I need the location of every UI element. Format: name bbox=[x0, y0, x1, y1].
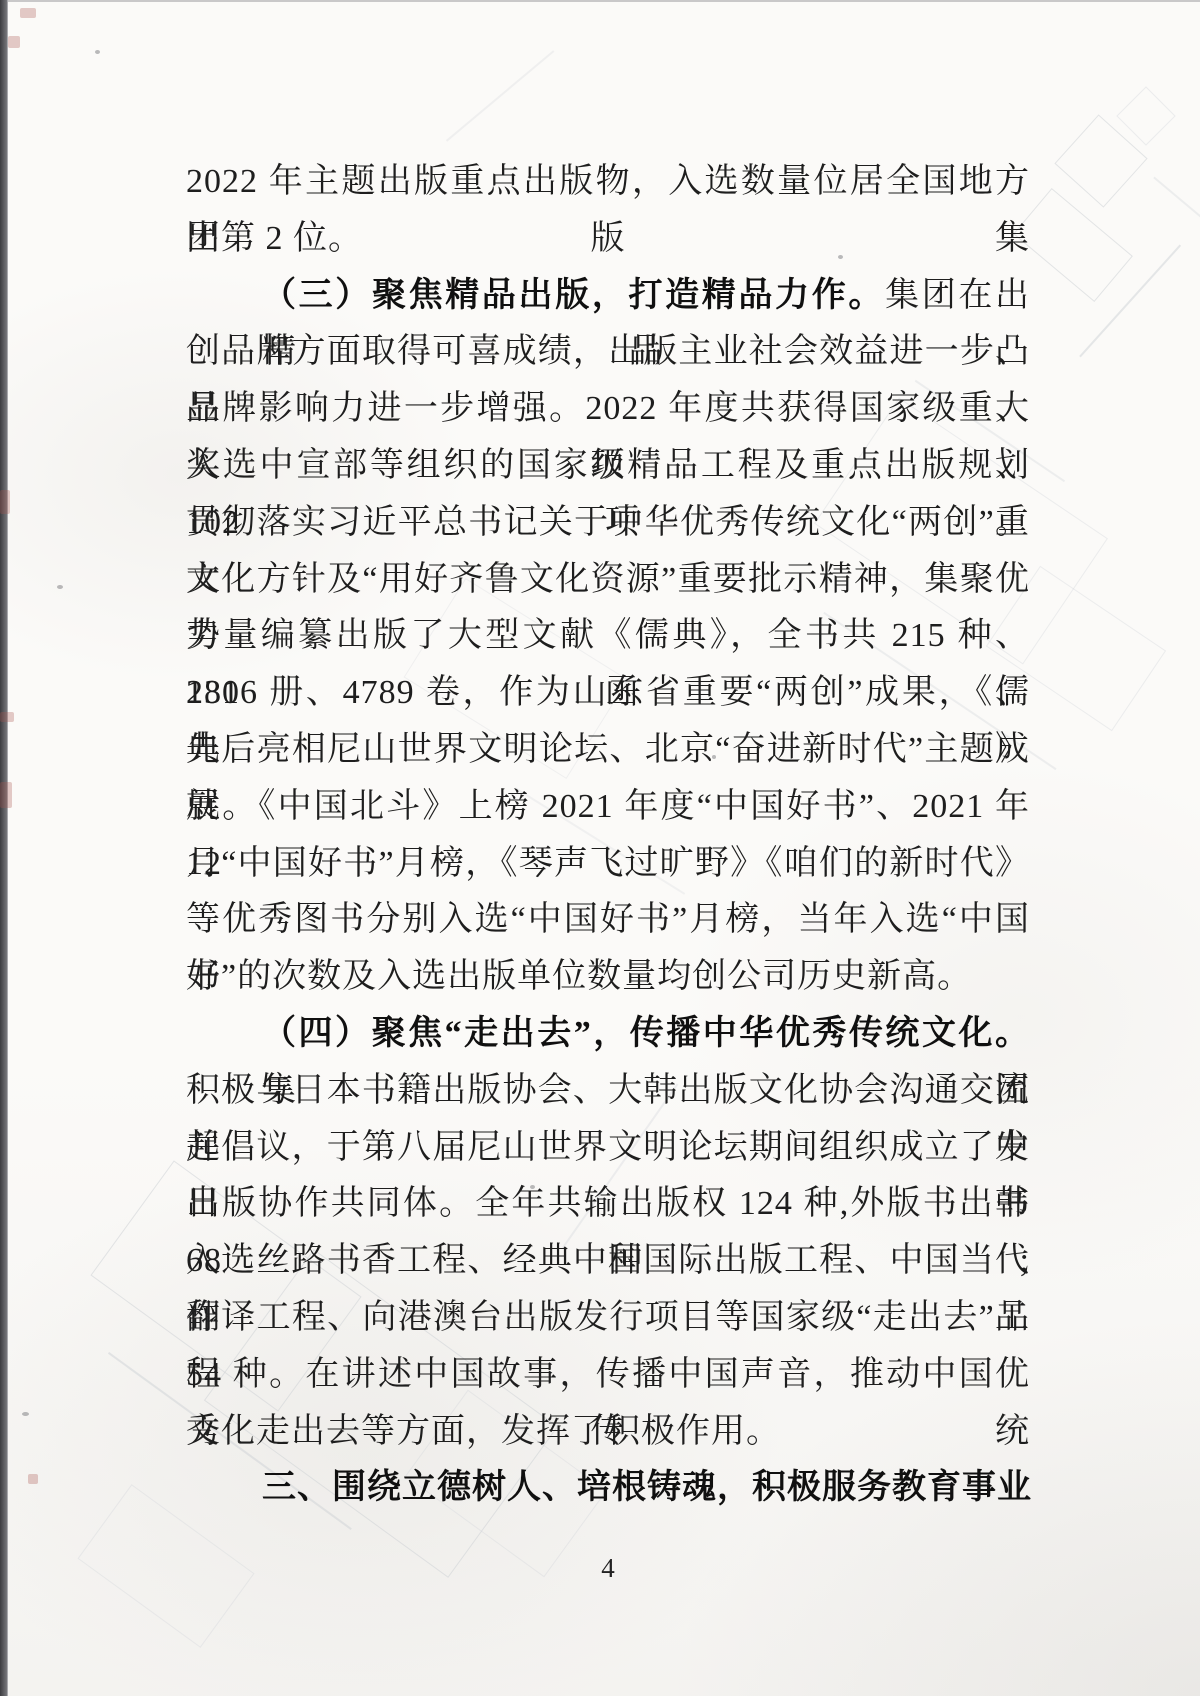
text-segment: 月“中国好书”月榜，《琴声飞过旷野》《咱们的新时代》 bbox=[186, 845, 1030, 882]
text-segment-bold: （三）聚焦精品出版，打造精品力作。 bbox=[262, 277, 885, 314]
document-page: 2022 年主题出版重点出版物，入选数量位居全国地方出版集团第 2 位。（三）聚… bbox=[0, 0, 1200, 1696]
scan-top-edge bbox=[0, 0, 1200, 2]
page-number: 4 bbox=[186, 1548, 1030, 1588]
text-line: 展。《中国北斗》上榜 2021 年度“中国好书”、2021 年 12 bbox=[186, 779, 1030, 836]
watermark-mark bbox=[1013, 188, 1133, 302]
text-line: 出版协作共同体。全年共输出版权 124 种,外版书出书 68 种; bbox=[186, 1176, 1030, 1233]
text-line: 翻译工程、向港澳台出版发行项目等国家级“走出去”工程 bbox=[186, 1290, 1030, 1347]
text-line: 入选丝路书香工程、经典中国国际出版工程、中国当代作品 bbox=[186, 1233, 1030, 1290]
text-line: 三、围绕立德树人、培根铸魂，积极服务教育事业 bbox=[186, 1460, 1030, 1517]
text-segment: 书”的次数及入选出版单位数量均创公司历史新高。 bbox=[186, 958, 972, 995]
scan-speck bbox=[0, 712, 14, 722]
watermark-mark bbox=[1154, 177, 1200, 255]
text-line: 贯彻落实习近平总书记关于中华优秀传统文化“两创”重大 bbox=[186, 495, 1030, 552]
scan-speck bbox=[8, 36, 20, 48]
text-line: 先后亮相尼山世界文明论坛、北京“奋进新时代”主题成就 bbox=[186, 722, 1030, 779]
text-line: 品牌影响力进一步增强。2022 年度共获得国家级重大奖项、 bbox=[186, 381, 1030, 438]
text-line: 力量编纂出版了大型文献《儒典》，全书共 215 种、230 函、 bbox=[186, 608, 1030, 665]
text-segment: 团第 2 位。 bbox=[186, 220, 363, 257]
scanner-edge-stripe bbox=[0, 0, 8, 1696]
scan-speck bbox=[0, 782, 12, 808]
scan-speck bbox=[28, 1474, 38, 1484]
text-line: 54 种。在讲述中国故事，传播中国声音，推动中国优秀传统 bbox=[186, 1347, 1030, 1404]
scan-speck bbox=[0, 490, 10, 514]
text-segment: 文化走出去等方面，发挥了积极作用。 bbox=[186, 1413, 781, 1450]
text-line: 书”的次数及入选出版单位数量均创公司历史新高。 bbox=[186, 949, 1030, 1006]
text-line: 起倡议，于第八届尼山世界文明论坛期间组织成立了中日韩 bbox=[186, 1120, 1030, 1177]
scan-speck bbox=[22, 1412, 29, 1416]
scan-speck bbox=[57, 585, 63, 589]
text-line: 文化方针及“用好齐鲁文化资源”重要批示精神，集聚优势 bbox=[186, 552, 1030, 609]
text-line: （四）聚焦“走出去”，传播中华优秀传统文化。集团 bbox=[186, 1006, 1030, 1063]
text-segment-bold: （四）聚焦“走出去”，传播中华优秀传统文化。 bbox=[262, 1015, 1030, 1052]
text-line: 1816 册、4789 卷，作为山东省重要“两创”成果，《儒典》 bbox=[186, 665, 1030, 722]
text-line: （三）聚焦精品出版，打造精品力作。集团在出精品、 bbox=[186, 268, 1030, 325]
scan-speck bbox=[95, 50, 100, 54]
text-line: 等优秀图书分别入选“中国好书”月榜，当年入选“中国好 bbox=[186, 892, 1030, 949]
text-line: 月“中国好书”月榜，《琴声飞过旷野》《咱们的新时代》 bbox=[186, 836, 1030, 893]
text-line: 入选中宣部等组织的国家级精品工程及重点出版规划 102 项。 bbox=[186, 438, 1030, 495]
text-block: 2022 年主题出版重点出版物，入选数量位居全国地方出版集团第 2 位。（三）聚… bbox=[186, 154, 1030, 1517]
watermark-mark bbox=[446, 50, 554, 141]
watermark-mark bbox=[1116, 86, 1175, 145]
scan-speck bbox=[20, 8, 36, 18]
text-segment-bold: 三、围绕立德树人、培根铸魂，积极服务教育事业 bbox=[262, 1469, 1032, 1506]
text-line: 2022 年主题出版重点出版物，入选数量位居全国地方出版集 bbox=[186, 154, 1030, 211]
text-line: 创品牌方面取得可喜成绩，出版主业社会效益进一步凸显、 bbox=[186, 324, 1030, 381]
text-line: 积极与日本书籍出版协会、大韩出版文化协会沟通交流并发 bbox=[186, 1063, 1030, 1120]
